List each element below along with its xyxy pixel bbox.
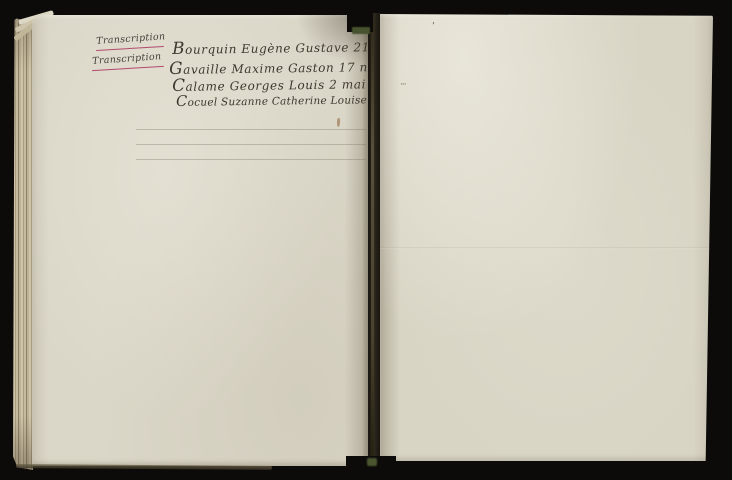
- bookmark-ribbon-top: [352, 27, 370, 34]
- right-page: ’ ···: [380, 14, 713, 461]
- bookmark-ribbon-bottom: [367, 458, 377, 466]
- stray-pencil-dots: ···: [400, 80, 406, 90]
- margin-annotation: Transcription: [96, 31, 166, 47]
- stray-ink-mark: ’: [432, 22, 435, 32]
- margin-annotation: Transcription: [92, 51, 162, 67]
- register-entry: Bourquin Eugène Gustave 21 novembre 194: [172, 34, 368, 58]
- book-gutter-line: [371, 13, 374, 468]
- paper-crease: [380, 247, 713, 249]
- left-page: Transcription Transcription Bourquin Eug…: [32, 15, 368, 466]
- register-entry: Cocuel Suzanne Catherine Louise 13 mai 1…: [176, 89, 368, 110]
- margin-annotation-underline: [92, 66, 164, 72]
- left-page-bottom-edge: [16, 464, 272, 470]
- faint-ruled-lines: [136, 115, 366, 167]
- register-book-scan: Transcription Transcription Bourquin Eug…: [0, 0, 732, 480]
- page-stack-edge: [13, 18, 33, 470]
